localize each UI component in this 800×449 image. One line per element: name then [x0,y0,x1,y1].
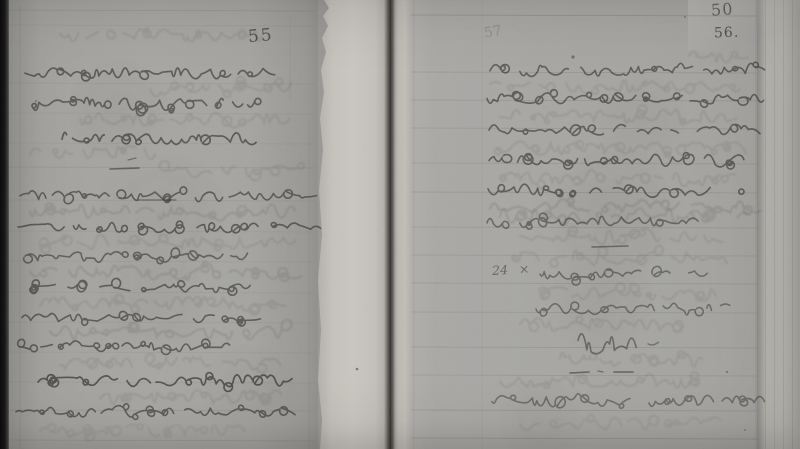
manuscript-scan: 55 50 56. 57 24 × [0,0,800,449]
handwriting-layer [0,0,800,449]
corner-folio-number: 50 [710,0,734,20]
ghost-page-number: 57 [483,23,503,42]
entry-number-marker: 24 × [492,261,530,278]
left-page-number: 55 [247,25,274,47]
right-page-number: 56. [714,25,740,42]
